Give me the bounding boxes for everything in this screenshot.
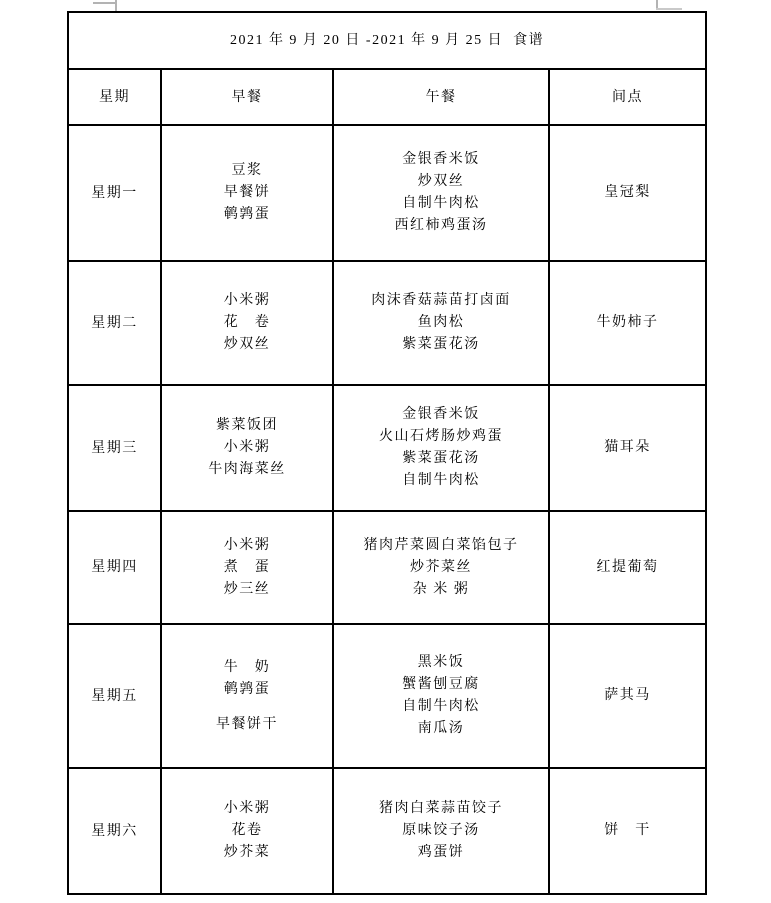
lunch-cell: 肉沫香菇蒜苗打卤面鱼肉松紫菜蛋花汤	[333, 261, 549, 385]
lunch-cell: 金银香米饭炒双丝自制牛肉松西红柿鸡蛋汤	[333, 125, 549, 261]
menu-line: 紫菜饭团	[162, 415, 332, 437]
day-cell: 星期二	[68, 261, 161, 385]
menu-line: 煮 蛋	[162, 557, 332, 579]
menu-line: 猪肉白菜蒜苗饺子	[334, 798, 548, 820]
table-row-thursday: 星期四 小米粥煮 蛋炒三丝 猪肉芹菜圆白菜馅包子炒芥菜丝杂 米 粥 红提葡萄	[68, 511, 706, 624]
menu-line: 红提葡萄	[550, 557, 705, 579]
menu-line: 炒双丝	[162, 334, 332, 356]
menu-line: 猪肉芹菜圆白菜馅包子	[334, 535, 548, 557]
menu-table: 2021 年 9 月 20 日 -2021 年 9 月 25 日 食谱 星期 早…	[67, 11, 707, 895]
menu-line: 小米粥	[162, 437, 332, 459]
day-cell: 星期三	[68, 385, 161, 511]
menu-line: 紫菜蛋花汤	[334, 334, 548, 356]
menu-line: 西红柿鸡蛋汤	[334, 215, 548, 237]
menu-line: 蟹酱刨豆腐	[334, 674, 548, 696]
breakfast-cell: 豆浆早餐饼鹌鹑蛋	[161, 125, 333, 261]
snack-cell: 红提葡萄	[549, 511, 706, 624]
menu-line: 饼 干	[550, 820, 705, 842]
breakfast-cell: 小米粥花 卷炒双丝	[161, 261, 333, 385]
menu-line: 炒三丝	[162, 579, 332, 601]
menu-line	[162, 701, 332, 714]
table-row-monday: 星期一 豆浆早餐饼鹌鹑蛋 金银香米饭炒双丝自制牛肉松西红柿鸡蛋汤 皇冠梨	[68, 125, 706, 261]
menu-line: 火山石烤肠炒鸡蛋	[334, 426, 548, 448]
day-cell: 星期一	[68, 125, 161, 261]
menu-line: 小米粥	[162, 535, 332, 557]
table-guide-artifact-left-horizontal	[93, 2, 117, 4]
column-header-lunch: 午餐	[333, 69, 549, 125]
lunch-cell: 金银香米饭火山石烤肠炒鸡蛋紫菜蛋花汤自制牛肉松	[333, 385, 549, 511]
menu-line: 牛肉海菜丝	[162, 459, 332, 481]
menu-line: 鹌鹑蛋	[162, 679, 332, 701]
menu-line: 杂 米 粥	[334, 579, 548, 601]
menu-line: 早餐饼干	[162, 714, 332, 736]
day-cell: 星期五	[68, 624, 161, 768]
snack-cell: 猫耳朵	[549, 385, 706, 511]
menu-line: 小米粥	[162, 798, 332, 820]
snack-cell: 皇冠梨	[549, 125, 706, 261]
menu-line: 紫菜蛋花汤	[334, 448, 548, 470]
menu-line: 早餐饼	[162, 182, 332, 204]
column-header-weekday: 星期	[68, 69, 161, 125]
menu-line: 牛奶柿子	[550, 312, 705, 334]
menu-line: 鸡蛋饼	[334, 842, 548, 864]
snack-cell: 萨其马	[549, 624, 706, 768]
menu-line: 鹌鹑蛋	[162, 204, 332, 226]
menu-line: 鱼肉松	[334, 312, 548, 334]
menu-line: 豆浆	[162, 160, 332, 182]
menu-line: 金银香米饭	[334, 404, 548, 426]
menu-line: 金银香米饭	[334, 149, 548, 171]
snack-cell: 牛奶柿子	[549, 261, 706, 385]
table-guide-artifact-left-vertical	[115, 0, 117, 11]
snack-cell: 饼 干	[549, 768, 706, 894]
table-row-tuesday: 星期二 小米粥花 卷炒双丝 肉沫香菇蒜苗打卤面鱼肉松紫菜蛋花汤 牛奶柿子	[68, 261, 706, 385]
menu-line: 自制牛肉松	[334, 470, 548, 492]
menu-line: 自制牛肉松	[334, 193, 548, 215]
column-header-breakfast: 早餐	[161, 69, 333, 125]
breakfast-cell: 小米粥煮 蛋炒三丝	[161, 511, 333, 624]
menu-line: 牛 奶	[162, 657, 332, 679]
menu-line: 自制牛肉松	[334, 696, 548, 718]
menu-line: 花卷	[162, 820, 332, 842]
table-row-friday: 星期五 牛 奶鹌鹑蛋早餐饼干 黑米饭蟹酱刨豆腐自制牛肉松南瓜汤 萨其马	[68, 624, 706, 768]
menu-line: 炒芥菜	[162, 842, 332, 864]
menu-line: 炒双丝	[334, 171, 548, 193]
table-row-saturday: 星期六 小米粥花卷炒芥菜 猪肉白菜蒜苗饺子原味饺子汤鸡蛋饼 饼 干	[68, 768, 706, 894]
menu-line: 小米粥	[162, 290, 332, 312]
menu-line: 萨其马	[550, 685, 705, 707]
column-header-snack: 间点	[549, 69, 706, 125]
table-row-wednesday: 星期三 紫菜饭团小米粥牛肉海菜丝 金银香米饭火山石烤肠炒鸡蛋紫菜蛋花汤自制牛肉松…	[68, 385, 706, 511]
menu-line: 皇冠梨	[550, 182, 705, 204]
menu-line: 原味饺子汤	[334, 820, 548, 842]
table-title: 2021 年 9 月 20 日 -2021 年 9 月 25 日 食谱	[68, 12, 706, 69]
breakfast-cell: 紫菜饭团小米粥牛肉海菜丝	[161, 385, 333, 511]
day-cell: 星期六	[68, 768, 161, 894]
day-cell: 星期四	[68, 511, 161, 624]
menu-line: 南瓜汤	[334, 718, 548, 740]
menu-line: 花 卷	[162, 312, 332, 334]
menu-line: 炒芥菜丝	[334, 557, 548, 579]
title-row: 2021 年 9 月 20 日 -2021 年 9 月 25 日 食谱	[68, 12, 706, 69]
menu-line: 黑米饭	[334, 652, 548, 674]
menu-line: 肉沫香菇蒜苗打卤面	[334, 290, 548, 312]
breakfast-cell: 牛 奶鹌鹑蛋早餐饼干	[161, 624, 333, 768]
lunch-cell: 猪肉芹菜圆白菜馅包子炒芥菜丝杂 米 粥	[333, 511, 549, 624]
header-row: 星期 早餐 午餐 间点	[68, 69, 706, 125]
table-guide-artifact-right-horizontal	[656, 8, 682, 10]
document-page: { "page": { "background": "#ffffff", "bo…	[0, 0, 771, 903]
menu-line: 猫耳朵	[550, 437, 705, 459]
lunch-cell: 猪肉白菜蒜苗饺子原味饺子汤鸡蛋饼	[333, 768, 549, 894]
breakfast-cell: 小米粥花卷炒芥菜	[161, 768, 333, 894]
lunch-cell: 黑米饭蟹酱刨豆腐自制牛肉松南瓜汤	[333, 624, 549, 768]
